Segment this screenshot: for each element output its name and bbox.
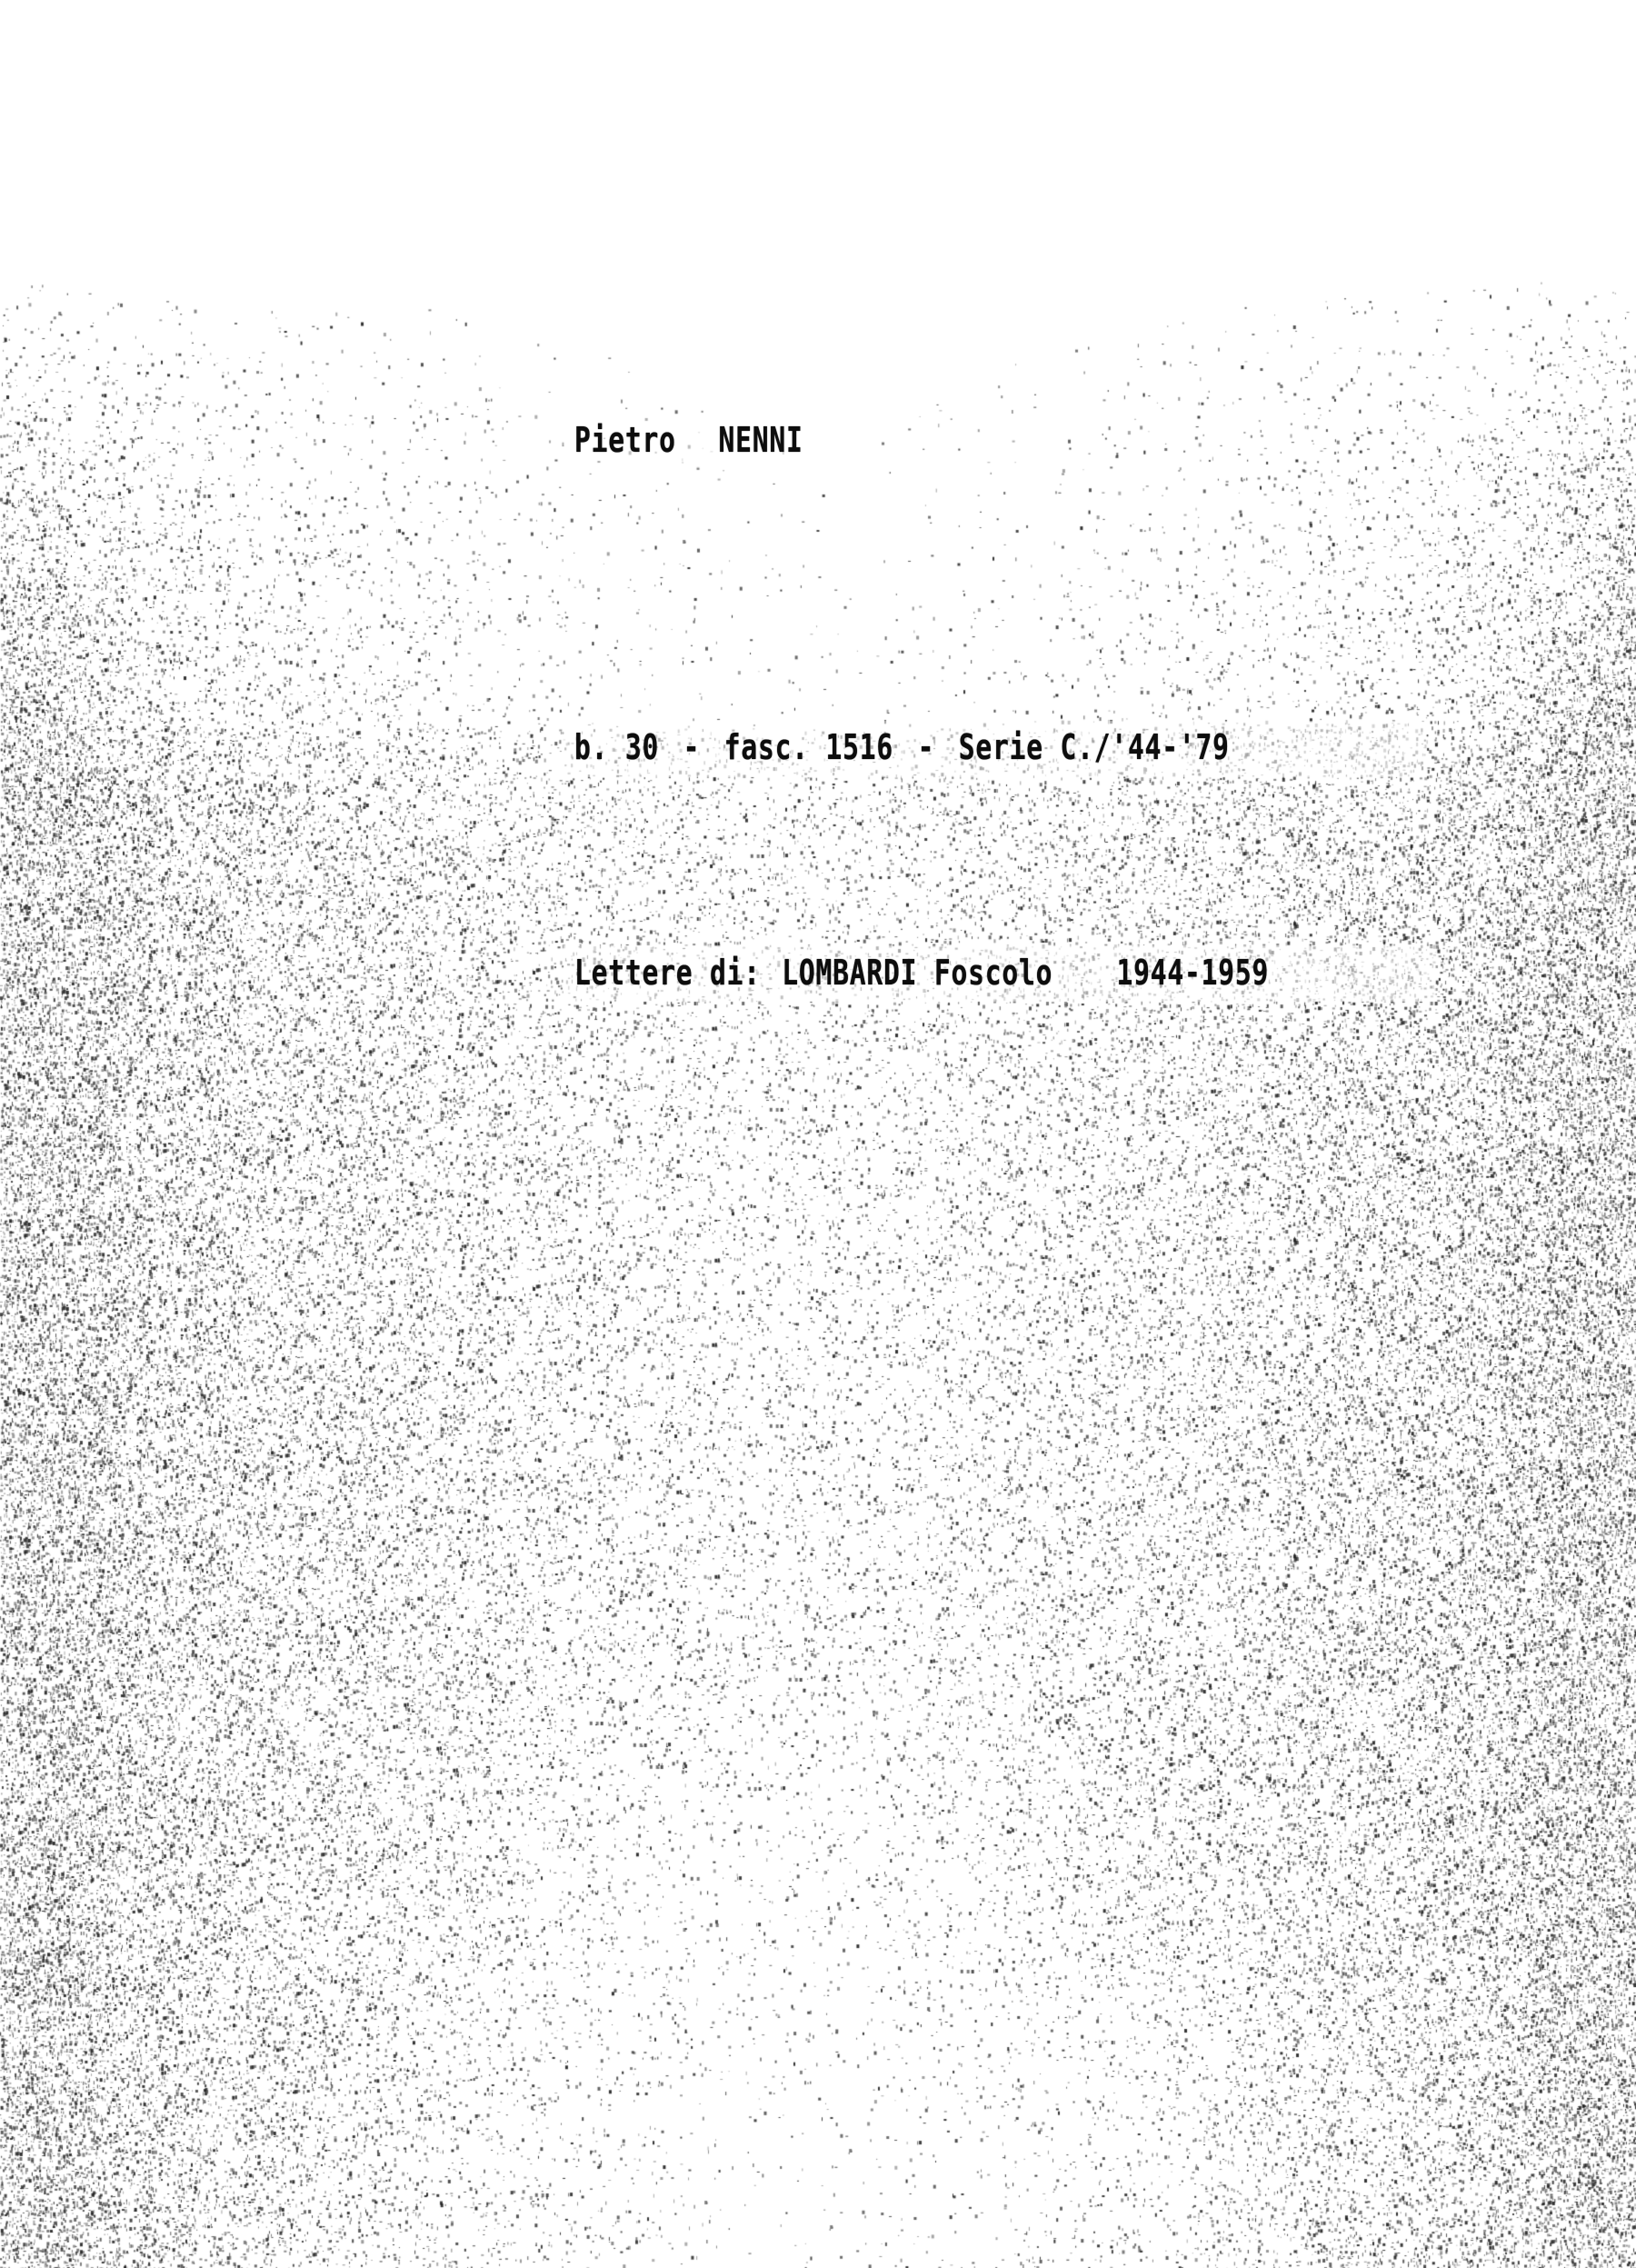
busta-number: b. 30 [574, 727, 659, 767]
scan-toner-noise [0, 0, 1636, 2268]
author-first-name: Pietro [574, 420, 676, 460]
date-range: 1944-1959 [1116, 953, 1269, 993]
archive-reference-line: b. 30-fasc. 1516-Serie C./'44-'79 [574, 727, 1230, 767]
correspondent-name: LOMBARDI Foscolo [782, 953, 1052, 993]
separator: - [683, 727, 701, 767]
scanned-page: PietroNENNI b. 30-fasc. 1516-Serie C./'4… [0, 0, 1636, 2268]
fascicolo-number: fasc. 1516 [724, 727, 893, 767]
letters-label: Lettere di: [574, 953, 761, 993]
serie-label: Serie C./'44-'79 [959, 727, 1230, 767]
author-line: PietroNENNI [574, 420, 803, 460]
separator: - [918, 727, 935, 767]
author-last-name: NENNI [719, 420, 803, 460]
letters-line: Lettere di:LOMBARDI Foscolo1944-1959 [574, 953, 1269, 993]
